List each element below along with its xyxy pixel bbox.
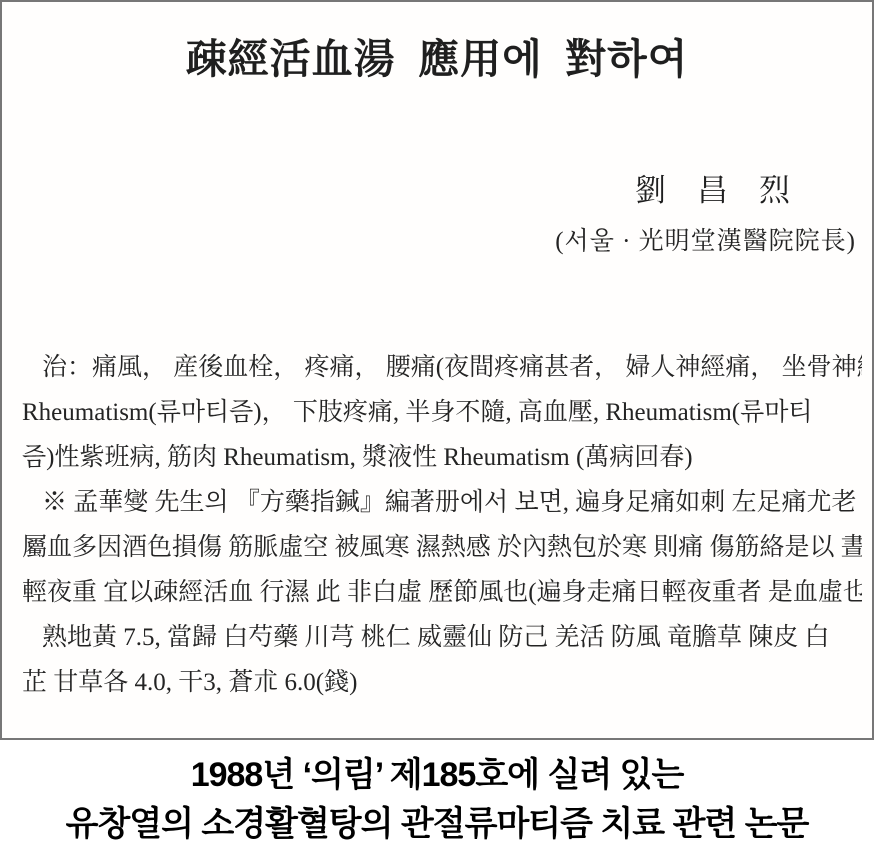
author-affiliation: (서울 · 光明堂漢醫院院長) <box>555 221 856 257</box>
body-line-7: 熟地黃 7.5, 當歸 白芍藥 川芎 桃仁 威靈仙 防己 羌活 防風 竜膽草 陳… <box>22 615 862 660</box>
page: 疎經活血湯 應用에 對하여 劉 昌 烈 (서울 · 光明堂漢醫院院長) 治：痛風… <box>0 0 874 859</box>
image-caption: 1988년 ‘의림’ 제185호에 실려 있는 유창열의 소경활혈탕의 관절류마… <box>0 740 874 859</box>
caption-line-2: 유창열의 소경활혈탕의 관절류마티즘 치료 관련 논문 <box>66 800 809 849</box>
body-line-8: 芷 甘草各 4.0, 干3, 蒼朮 6.0(錢) <box>22 660 862 705</box>
body-line-5: 屬血多因酒色損傷 筋脈虛空 被風寒 濕熱感 於內熱包於寒 則痛 傷筋絡是以 晝 <box>22 525 862 570</box>
paper-body: 治：痛風， 産後血栓， 疼痛， 腰痛(夜間疼痛甚者， 婦人神經痛， 坐骨神經痛，… <box>22 345 862 705</box>
body-line-1: 治：痛風， 産後血栓， 疼痛， 腰痛(夜間疼痛甚者， 婦人神經痛， 坐骨神經痛， <box>22 345 862 390</box>
body-line-6: 輕夜重 宜以疎經活血 行濕 此 非白虛 歷節風也(遍身走痛日輕夜重者 是血虛也) <box>22 570 862 615</box>
scanned-paper: 疎經活血湯 應用에 對하여 劉 昌 烈 (서울 · 光明堂漢醫院院長) 治：痛風… <box>0 0 874 740</box>
caption-line-1: 1988년 ‘의림’ 제185호에 실려 있는 <box>191 751 684 800</box>
author-name: 劉 昌 烈 <box>635 165 790 210</box>
body-line-3: 즘)性紫班病, 筋肉 Rheumatism, 漿液性 Rheumatism (萬… <box>22 435 862 480</box>
paper-title: 疎經活血湯 應用에 對하여 <box>2 26 872 85</box>
body-line-4: ※ 孟華燮 先生의 『方藥指鍼』編著册에서 보면, 遍身足痛如刺 左足痛尤老 左 <box>22 480 862 525</box>
body-line-2: Rheumatism(류마티즘)， 下肢疼痛, 半身不隨, 高血壓, Rheum… <box>22 390 862 435</box>
